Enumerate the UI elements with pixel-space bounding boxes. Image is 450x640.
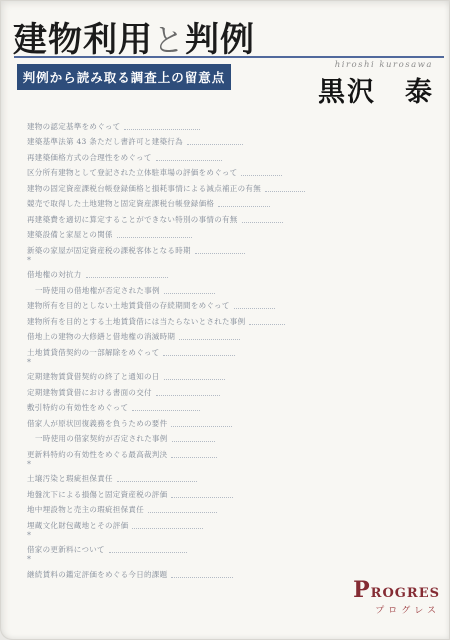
dot-leader-icon [164,293,215,294]
toc-item: 地中埋設物と売主の瑕疵担保責任 [27,500,217,516]
toc-item-label: 土壌汚染と瑕疵担保責任 [27,474,113,484]
toc-item-label: 区分所有建物として登記された立体駐車場の評価をめぐって [27,168,237,178]
toc-item: 更新料特約の有効性をめぐる最高裁判決 [27,444,217,460]
toc-item-label: 建物の固定資産課税台帳登録価格と損耗事情による減点補正の有無 [27,184,261,194]
toc-item: 再建築費を適切に算定することができない特別の事情の有無 [27,209,283,225]
book-title-connector: と [153,23,185,59]
dot-leader-icon [132,410,200,411]
toc-item-label: 敷引特約の有効性をめぐって [27,403,128,413]
toc-separator: * [27,555,305,564]
toc-item: 建物の認定基準をめぐって [27,116,200,132]
toc-item-label: 借家の更新料について [27,545,105,555]
publisher-logo: PROGRES プログレス [353,581,440,616]
toc-item-label: 新築の家屋が固定資産税の課税客体となる時期 [27,246,191,256]
dot-leader-icon [164,379,225,380]
dot-leader-icon [249,324,285,325]
toc-item: 定期建物賃貸借における書面の交付 [27,382,220,398]
toc-item: 再建築価格方式の合理性をめぐって [27,147,222,163]
toc-item-label: 建築設備と家屋との関係 [27,230,113,240]
toc-item-label: 継続賃料の鑑定評価をめぐる今日的課題 [27,570,167,580]
toc-item: 建築設備と家屋との関係 [27,225,192,241]
toc-item-label: 建物の認定基準をめぐって [27,122,120,132]
toc-item-label: 再建築価格方式の合理性をめぐって [27,153,152,163]
book-title: 建物利用と判例 [13,12,255,61]
toc-item: 一時使用の借地権が否定された事例 [35,280,215,296]
toc-item-label: 借家人が原状回復義務を負うための要件 [27,419,167,429]
toc-item: 区分所有建物として登記された立体駐車場の評価をめぐって [27,163,282,179]
dot-leader-icon [171,457,217,458]
dot-leader-icon [156,395,220,396]
dot-leader-icon [148,512,217,513]
toc-item: 建築基準法第 43 条ただし書許可と建築行為 [27,132,243,148]
toc-separator: * [27,531,305,540]
toc-item-label: 建物所有を目的としない土地賃貸借の存続期間をめぐって [27,301,230,311]
toc-item: 定期建物賃貸借契約の終了と通知の日 [27,367,225,383]
book-title-part1: 建物利用 [13,20,153,60]
toc-separator: * [27,358,305,367]
toc-item: 新築の家屋が固定資産税の課税客体となる時期 [27,240,245,256]
toc-item: 借地上の建物の大修繕と借地権の消滅時期 [27,327,240,343]
book-cover: 建物利用と判例 判例から読み取る調査上の留意点 hiroshi kurosawa… [0,0,450,640]
toc-item: 競売で取得した土地建物と固定資産課税台帳登録価格 [27,194,270,210]
toc-item: 借家人が原状回復義務を負うための要件 [27,413,232,429]
toc-list: 建物の認定基準をめぐって 建築基準法第 43 条ただし書許可と建築行為 再建築価… [27,116,305,580]
toc-item-label: 競売で取得した土地建物と固定資産課税台帳登録価格 [27,199,214,209]
dot-leader-icon [109,552,187,553]
dot-leader-icon [171,577,233,578]
publisher-rest: ROGRES [371,586,440,601]
toc-item-label: 土地賃貸借契約の一部解除をめぐって [27,348,159,358]
dot-leader-icon [172,441,215,442]
toc-item-label: 再建築費を適切に算定することができない特別の事情の有無 [27,215,238,225]
dot-leader-icon [132,528,203,529]
toc-separator: * [27,460,305,469]
toc-item-label: 地盤沈下による損傷と固定資産税の評価 [27,490,167,500]
toc-item-label: 借地上の建物の大修繕と借地権の消滅時期 [27,332,175,342]
toc-item: 借家の更新料について [27,540,187,556]
toc-item: 土壌汚染と瑕疵担保責任 [27,469,197,485]
toc-item-label: 建築基準法第 43 条ただし書許可と建築行為 [27,137,183,147]
author-name: 黒沢 泰 [318,70,434,109]
dot-leader-icon [86,277,168,278]
dot-leader-icon [179,339,240,340]
toc-item: 建物所有を目的とする土地賃貸借には当たらないとされた事例 [27,311,285,327]
toc-item-label: 一時使用の借家契約が否定された事例 [35,434,168,444]
toc-item: 敷引特約の有効性をめぐって [27,398,200,414]
toc-item-label: 定期建物賃貸借における書面の交付 [27,388,152,398]
toc-item-label: 定期建物賃貸借契約の終了と通知の日 [27,372,160,382]
toc-item: 建物の固定資産課税台帳登録価格と損耗事情による減点補正の有無 [27,178,305,194]
dot-leader-icon [195,253,245,254]
dot-leader-icon [171,497,233,498]
dot-leader-icon [241,175,282,176]
dot-leader-icon [171,426,232,427]
dot-leader-icon [234,308,275,309]
dot-leader-icon [117,237,192,238]
dot-leader-icon [156,160,222,161]
dot-leader-icon [187,144,243,145]
toc-item-label: 建物所有を目的とする土地賃貸借には当たらないとされた事例 [27,317,245,327]
dot-leader-icon [163,355,235,356]
subtitle-text: 判例から読み取る調査上の留意点 [23,68,226,86]
dot-leader-icon [117,481,197,482]
dot-leader-icon [218,206,270,207]
toc-item-label: 一時使用の借地権が否定された事例 [35,286,160,296]
toc-item-label: 埋蔵文化財包蔵地とその評価 [27,521,128,531]
toc-item: 地盤沈下による損傷と固定資産税の評価 [27,484,233,500]
toc-item: 借地権の対抗力 [27,265,168,281]
toc-item-label: 更新料特約の有効性をめぐる最高裁判決 [27,450,167,460]
author-romaji: hiroshi kurosawa [335,60,433,70]
dot-leader-icon [265,191,305,192]
toc-separator: * [27,256,305,265]
title-rule [14,56,444,58]
publisher-name-en: PROGRES [353,581,440,603]
toc-item: 一時使用の借家契約が否定された事例 [35,429,215,445]
toc-item: 継続賃料の鑑定評価をめぐる今日的課題 [27,564,233,580]
subtitle-banner: 判例から読み取る調査上の留意点 [17,64,231,90]
toc-item: 建物所有を目的としない土地賃貸借の存続期間をめぐって [27,296,275,312]
toc-item: 埋蔵文化財包蔵地とその評価 [27,515,203,531]
book-title-part2: 判例 [185,20,255,60]
publisher-initial: P [353,577,371,603]
toc-item-label: 借地権の対抗力 [27,270,82,280]
publisher-name-ja: プログレス [353,603,440,616]
toc-item-label: 地中埋設物と売主の瑕疵担保責任 [27,505,144,515]
dot-leader-icon [242,222,283,223]
dot-leader-icon [124,129,200,130]
toc-item: 土地賃貸借契約の一部解除をめぐって [27,342,235,358]
